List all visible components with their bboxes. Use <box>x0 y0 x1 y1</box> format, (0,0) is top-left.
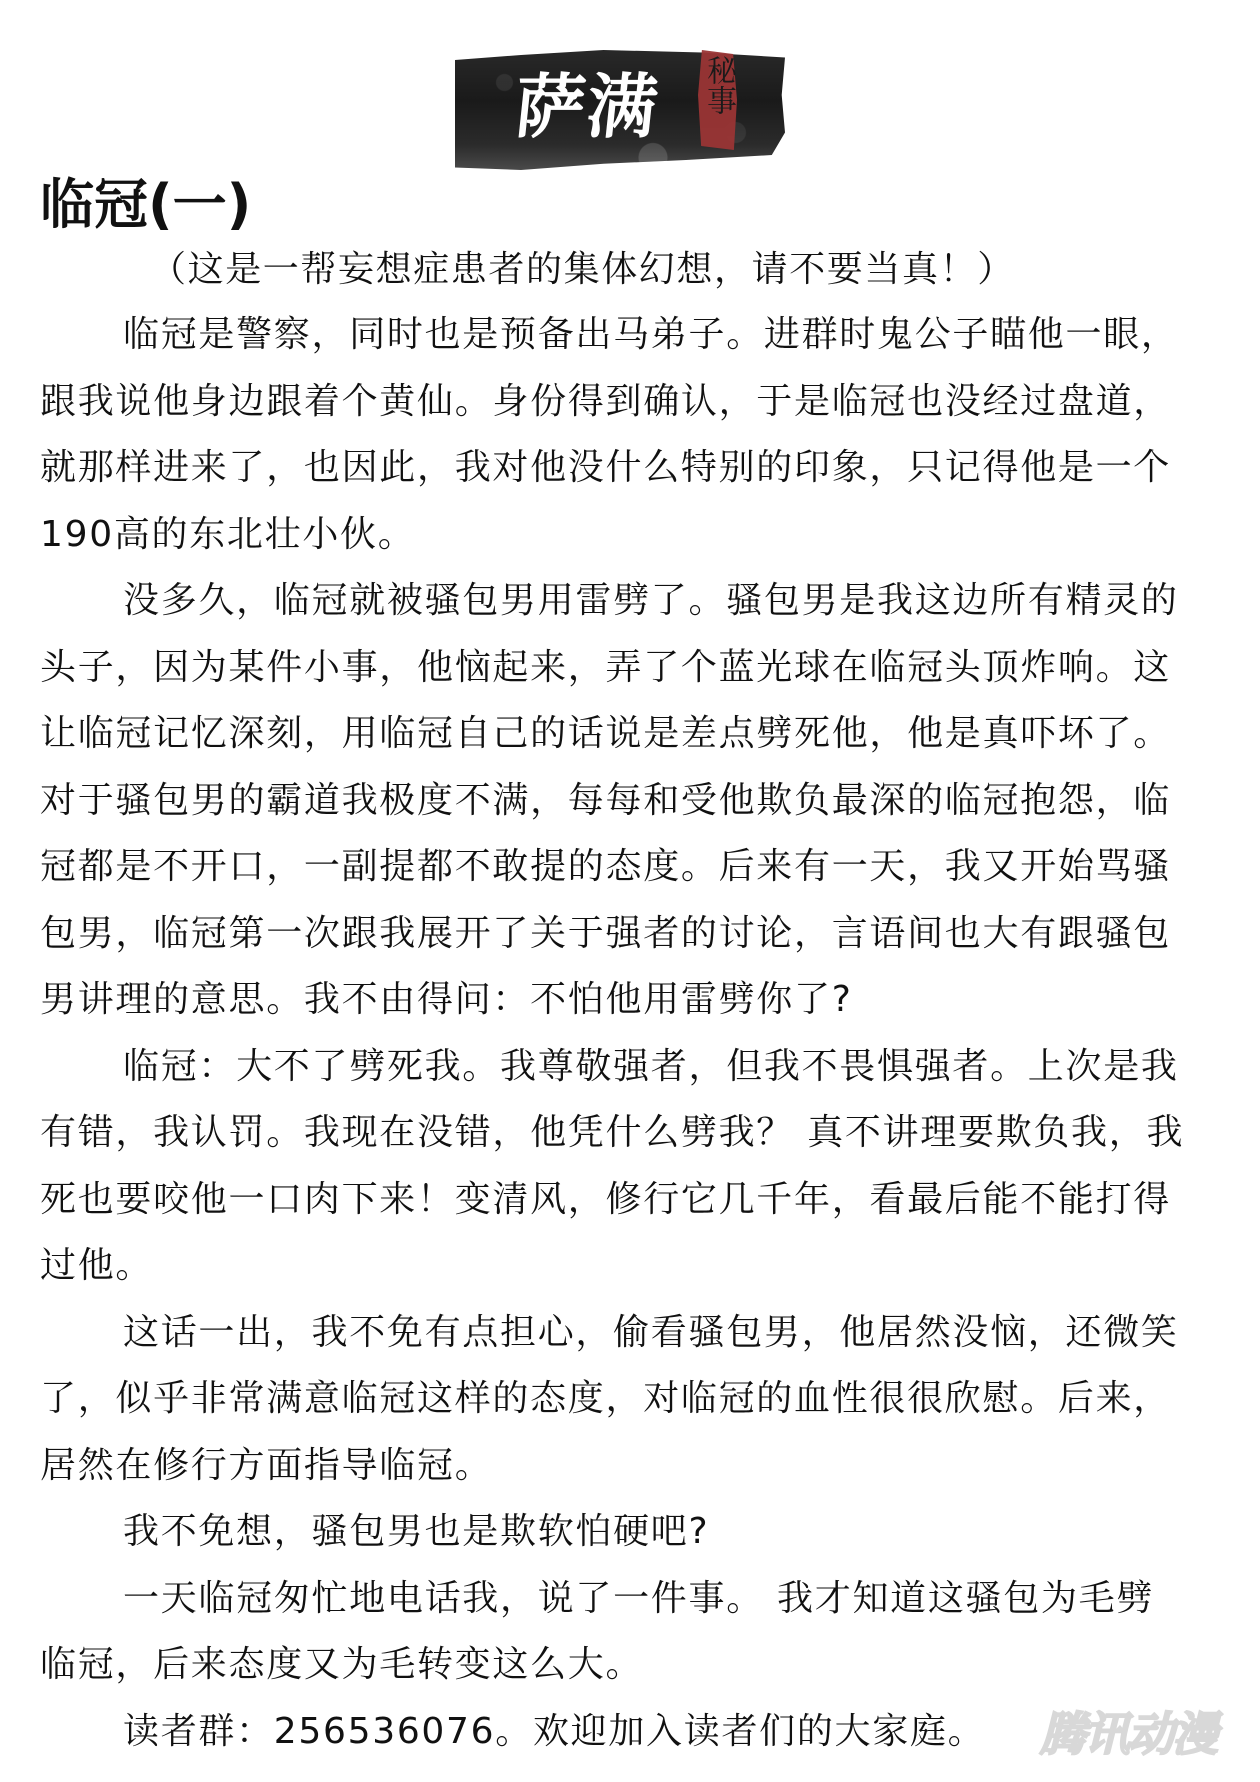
body-line: 死也要咬他一口肉下来！变清风，修行它几千年，看最后能不能打得 <box>40 1167 1220 1234</box>
series-logo: 萨满 秘事 <box>455 45 785 170</box>
logo-seal-text: 秘事 <box>699 55 739 115</box>
body-line: 就那样进来了，也因此，我对他没什么特别的印象，只记得他是一个 <box>40 435 1220 502</box>
body-line: 临冠是警察，同时也是预备出马弟子。进群时鬼公子瞄他一眼， <box>40 302 1220 369</box>
chapter-body: 临冠是警察，同时也是预备出马弟子。进群时鬼公子瞄他一眼， 跟我说他身边跟着个黄仙… <box>40 302 1220 1765</box>
body-line: 190高的东北壮小伙。 <box>40 502 1220 569</box>
body-line: 这话一出，我不免有点担心，偷看骚包男，他居然没恼，还微笑 <box>40 1300 1220 1367</box>
body-line: 了，似乎非常满意临冠这样的态度，对临冠的血性很很欣慰。后来， <box>40 1366 1220 1433</box>
body-line: 一天临冠匆忙地电话我，说了一件事。 我才知道这骚包为毛劈 <box>40 1566 1220 1633</box>
body-line: 我不免想，骚包男也是欺软怕硬吧? <box>40 1499 1220 1566</box>
body-line: 跟我说他身边跟着个黄仙。身份得到确认，于是临冠也没经过盘道， <box>40 369 1220 436</box>
body-line: 没多久，临冠就被骚包男用雷劈了。骚包男是我这边所有精灵的 <box>40 568 1220 635</box>
publisher-watermark: 腾讯动漫 <box>1040 1706 1240 1762</box>
body-line: 男讲理的意思。我不由得问：不怕他用雷劈你了? <box>40 967 1220 1034</box>
body-line: 冠都是不开口，一副提都不敢提的态度。后来有一天，我又开始骂骚 <box>40 834 1220 901</box>
body-line: 有错，我认罚。我现在没错，他凭什么劈我？ 真不讲理要欺负我，我 <box>40 1100 1220 1167</box>
body-line: 让临冠记忆深刻，用临冠自己的话说是差点劈死他，他是真吓坏了。 <box>40 701 1220 768</box>
chapter-disclaimer: （这是一帮妄想症患者的集体幻想，请不要当真！） <box>150 250 1015 290</box>
chapter-title: 临冠(一) <box>40 172 251 238</box>
body-line: 临冠：大不了劈死我。我尊敬强者，但我不畏惧强者。上次是我 <box>40 1034 1220 1101</box>
body-line: 对于骚包男的霸道我极度不满，每每和受他欺负最深的临冠抱怨，临 <box>40 768 1220 835</box>
body-line: 居然在修行方面指导临冠。 <box>40 1433 1220 1500</box>
body-line: 包男，临冠第一次跟我展开了关于强者的讨论，言语间也大有跟骚包 <box>40 901 1220 968</box>
body-line: 过他。 <box>40 1233 1220 1300</box>
body-line: 临冠，后来态度又为毛转变这么大。 <box>40 1632 1220 1699</box>
body-line: 头子，因为某件小事，他恼起来，弄了个蓝光球在临冠头顶炸响。这 <box>40 635 1220 702</box>
logo-title: 萨满 <box>511 67 663 147</box>
